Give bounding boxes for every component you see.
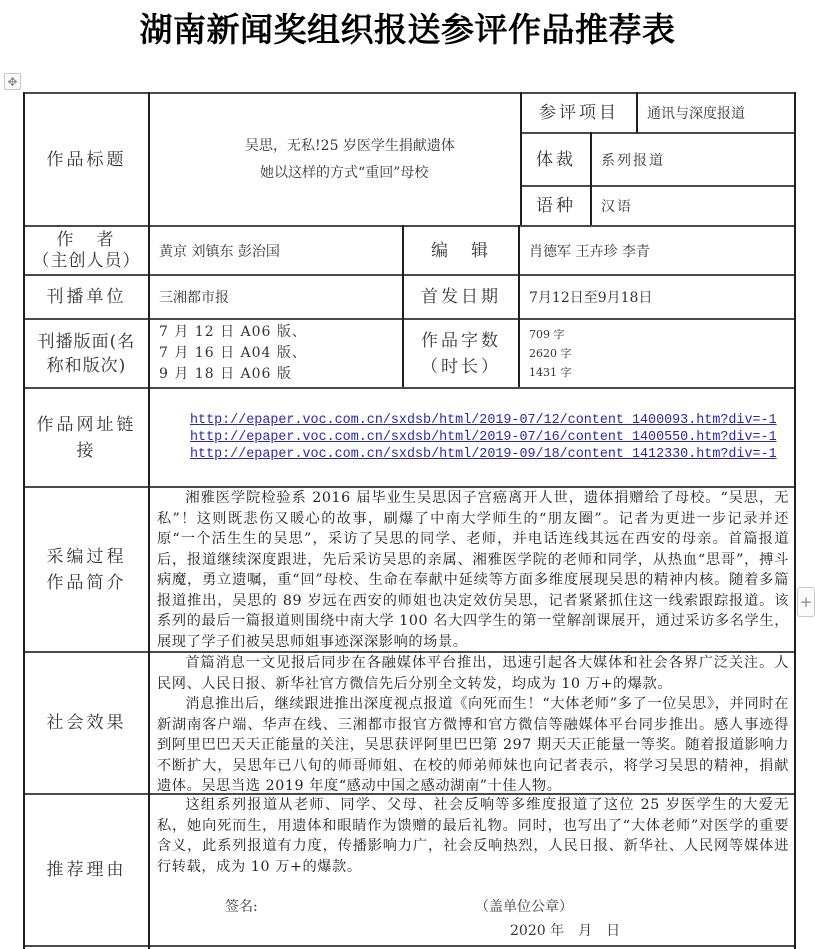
edition-label-line-2: 称和版次) — [47, 354, 127, 378]
publisher-label-text: 刊播单位 — [47, 284, 127, 310]
language-value: 汉语 — [592, 187, 794, 225]
signature-label: 签名: — [225, 896, 258, 916]
edition-line-1: 7 月 12 日 A06 版、 — [159, 322, 307, 343]
author-value: 黄京 刘镇东 彭治国 — [150, 227, 402, 274]
editor-value: 肖德军 王卉珍 李青 — [520, 227, 794, 274]
author-label: 作 者 （主创人员） — [25, 227, 148, 274]
first-date-label-text: 首发日期 — [421, 284, 501, 310]
recommendation-paragraph: 这组系列报道从老师、同学、父母、社会反响等多维度报道了这位 25 岁医学生的大爱… — [157, 795, 789, 877]
category-value: 通讯与深度报道 — [638, 94, 794, 132]
language-label-text: 语种 — [536, 193, 576, 219]
url-link-2[interactable]: http://epaper.voc.com.cn/sxdsb/html/2019… — [190, 429, 777, 446]
date-text: 2020 年 月 日 — [510, 920, 620, 940]
social-effect-label: 社会效果 — [25, 653, 148, 793]
process-label-line-1: 采编过程 — [47, 544, 127, 570]
edition-value: 7 月 12 日 A06 版、 7 月 16 日 A04 版、 9 月 18 日… — [150, 320, 402, 387]
author-label-line-1: 作 者 — [57, 230, 117, 251]
editor-label: 编 辑 — [404, 227, 518, 274]
document-title: 湖南新闻奖组织报送参评作品推荐表 — [0, 4, 815, 51]
first-date-label: 首发日期 — [404, 276, 518, 318]
edition-line-3: 9 月 18 日 A06 版 — [159, 364, 292, 385]
social-effect-label-text: 社会效果 — [47, 710, 127, 736]
url-label-line-2: 接 — [77, 438, 97, 464]
url-list: http://epaper.voc.com.cn/sxdsb/html/2019… — [150, 389, 794, 486]
social-effect-paragraph-1: 首篇消息一文见报后同步在各融媒体平台推出，迅速引起各大媒体和社会各界广泛关注。人… — [157, 653, 789, 694]
genre-label: 体裁 — [522, 134, 590, 185]
genre-value: 系列报道 — [592, 134, 794, 185]
border — [794, 92, 796, 949]
genre-label-text: 体裁 — [536, 147, 576, 173]
work-title-label: 作品标题 — [25, 94, 148, 225]
recommendation-label-text: 推荐理由 — [47, 857, 127, 883]
move-icon: ✥ — [7, 76, 17, 88]
language-label: 语种 — [522, 187, 590, 225]
work-title-line-1: 吴思，无私!25 岁医学生捐献遗体 — [245, 133, 455, 160]
work-title-line-2: 她以这样的方式“重回”母校 — [245, 160, 455, 187]
word-count-line-2: 2620 字 — [529, 344, 572, 363]
work-title-value: 吴思，无私!25 岁医学生捐献遗体 她以这样的方式“重回”母校 — [150, 94, 520, 225]
recommendation-text: 这组系列报道从老师、同学、父母、社会反响等多维度报道了这位 25 岁医学生的大爱… — [150, 795, 794, 945]
first-date-value: 7月12日至9月18日 — [520, 276, 794, 318]
url-link-1[interactable]: http://epaper.voc.com.cn/sxdsb/html/2019… — [190, 412, 777, 429]
border — [23, 945, 795, 947]
table-move-handle[interactable]: ✥ — [4, 73, 21, 90]
url-label: 作品网址链 接 — [25, 389, 148, 486]
edition-label: 刊播版面(名 称和版次) — [25, 320, 148, 387]
category-label: 参评项目 — [522, 94, 636, 132]
url-label-line-1: 作品网址链 — [37, 412, 137, 438]
word-count-label-line-2: （时长） — [421, 354, 501, 380]
process-label: 采编过程 作品简介 — [25, 488, 148, 651]
word-count-line-1: 709 字 — [529, 325, 565, 344]
edition-label-line-1: 刊播版面(名 — [38, 330, 136, 354]
publisher-value: 三湘都市报 — [150, 276, 402, 318]
editor-label-text: 编 辑 — [431, 238, 491, 264]
word-count-label-line-1: 作品字数 — [421, 328, 501, 354]
social-effect-text: 首篇消息一文见报后同步在各融媒体平台推出，迅速引起各大媒体和社会各界广泛关注。人… — [150, 653, 794, 793]
process-text: 湘雅医学院检验系 2016 届毕业生吴思因子宫癌离开人世，遗体捐赠给了母校。“吴… — [150, 488, 794, 651]
work-title-label-text: 作品标题 — [47, 147, 127, 173]
category-label-text: 参评项目 — [539, 100, 619, 126]
publisher-label: 刊播单位 — [25, 276, 148, 318]
word-count-line-3: 1431 字 — [529, 363, 572, 382]
word-count-value: 709 字 2620 字 1431 字 — [520, 320, 794, 387]
url-link-3[interactable]: http://epaper.voc.com.cn/sxdsb/html/2019… — [190, 446, 777, 463]
recommendation-label: 推荐理由 — [25, 795, 148, 945]
add-column-handle[interactable]: + — [797, 587, 815, 617]
author-label-line-2: （主创人员） — [33, 251, 141, 272]
process-label-line-2: 作品简介 — [47, 570, 127, 596]
social-effect-paragraph-2: 消息推出后，继续跟进推出深度视点报道《向死而生！“大体老师”多了一位吴思》，并同… — [157, 694, 789, 797]
edition-line-2: 7 月 16 日 A04 版、 — [159, 343, 307, 364]
process-paragraph: 湘雅医学院检验系 2016 届毕业生吴思因子宫癌离开人世，遗体捐赠给了母校。“吴… — [157, 488, 789, 652]
plus-icon: + — [800, 593, 813, 611]
seal-label: （盖单位公章） — [475, 896, 573, 916]
word-count-label: 作品字数 （时长） — [404, 320, 518, 387]
